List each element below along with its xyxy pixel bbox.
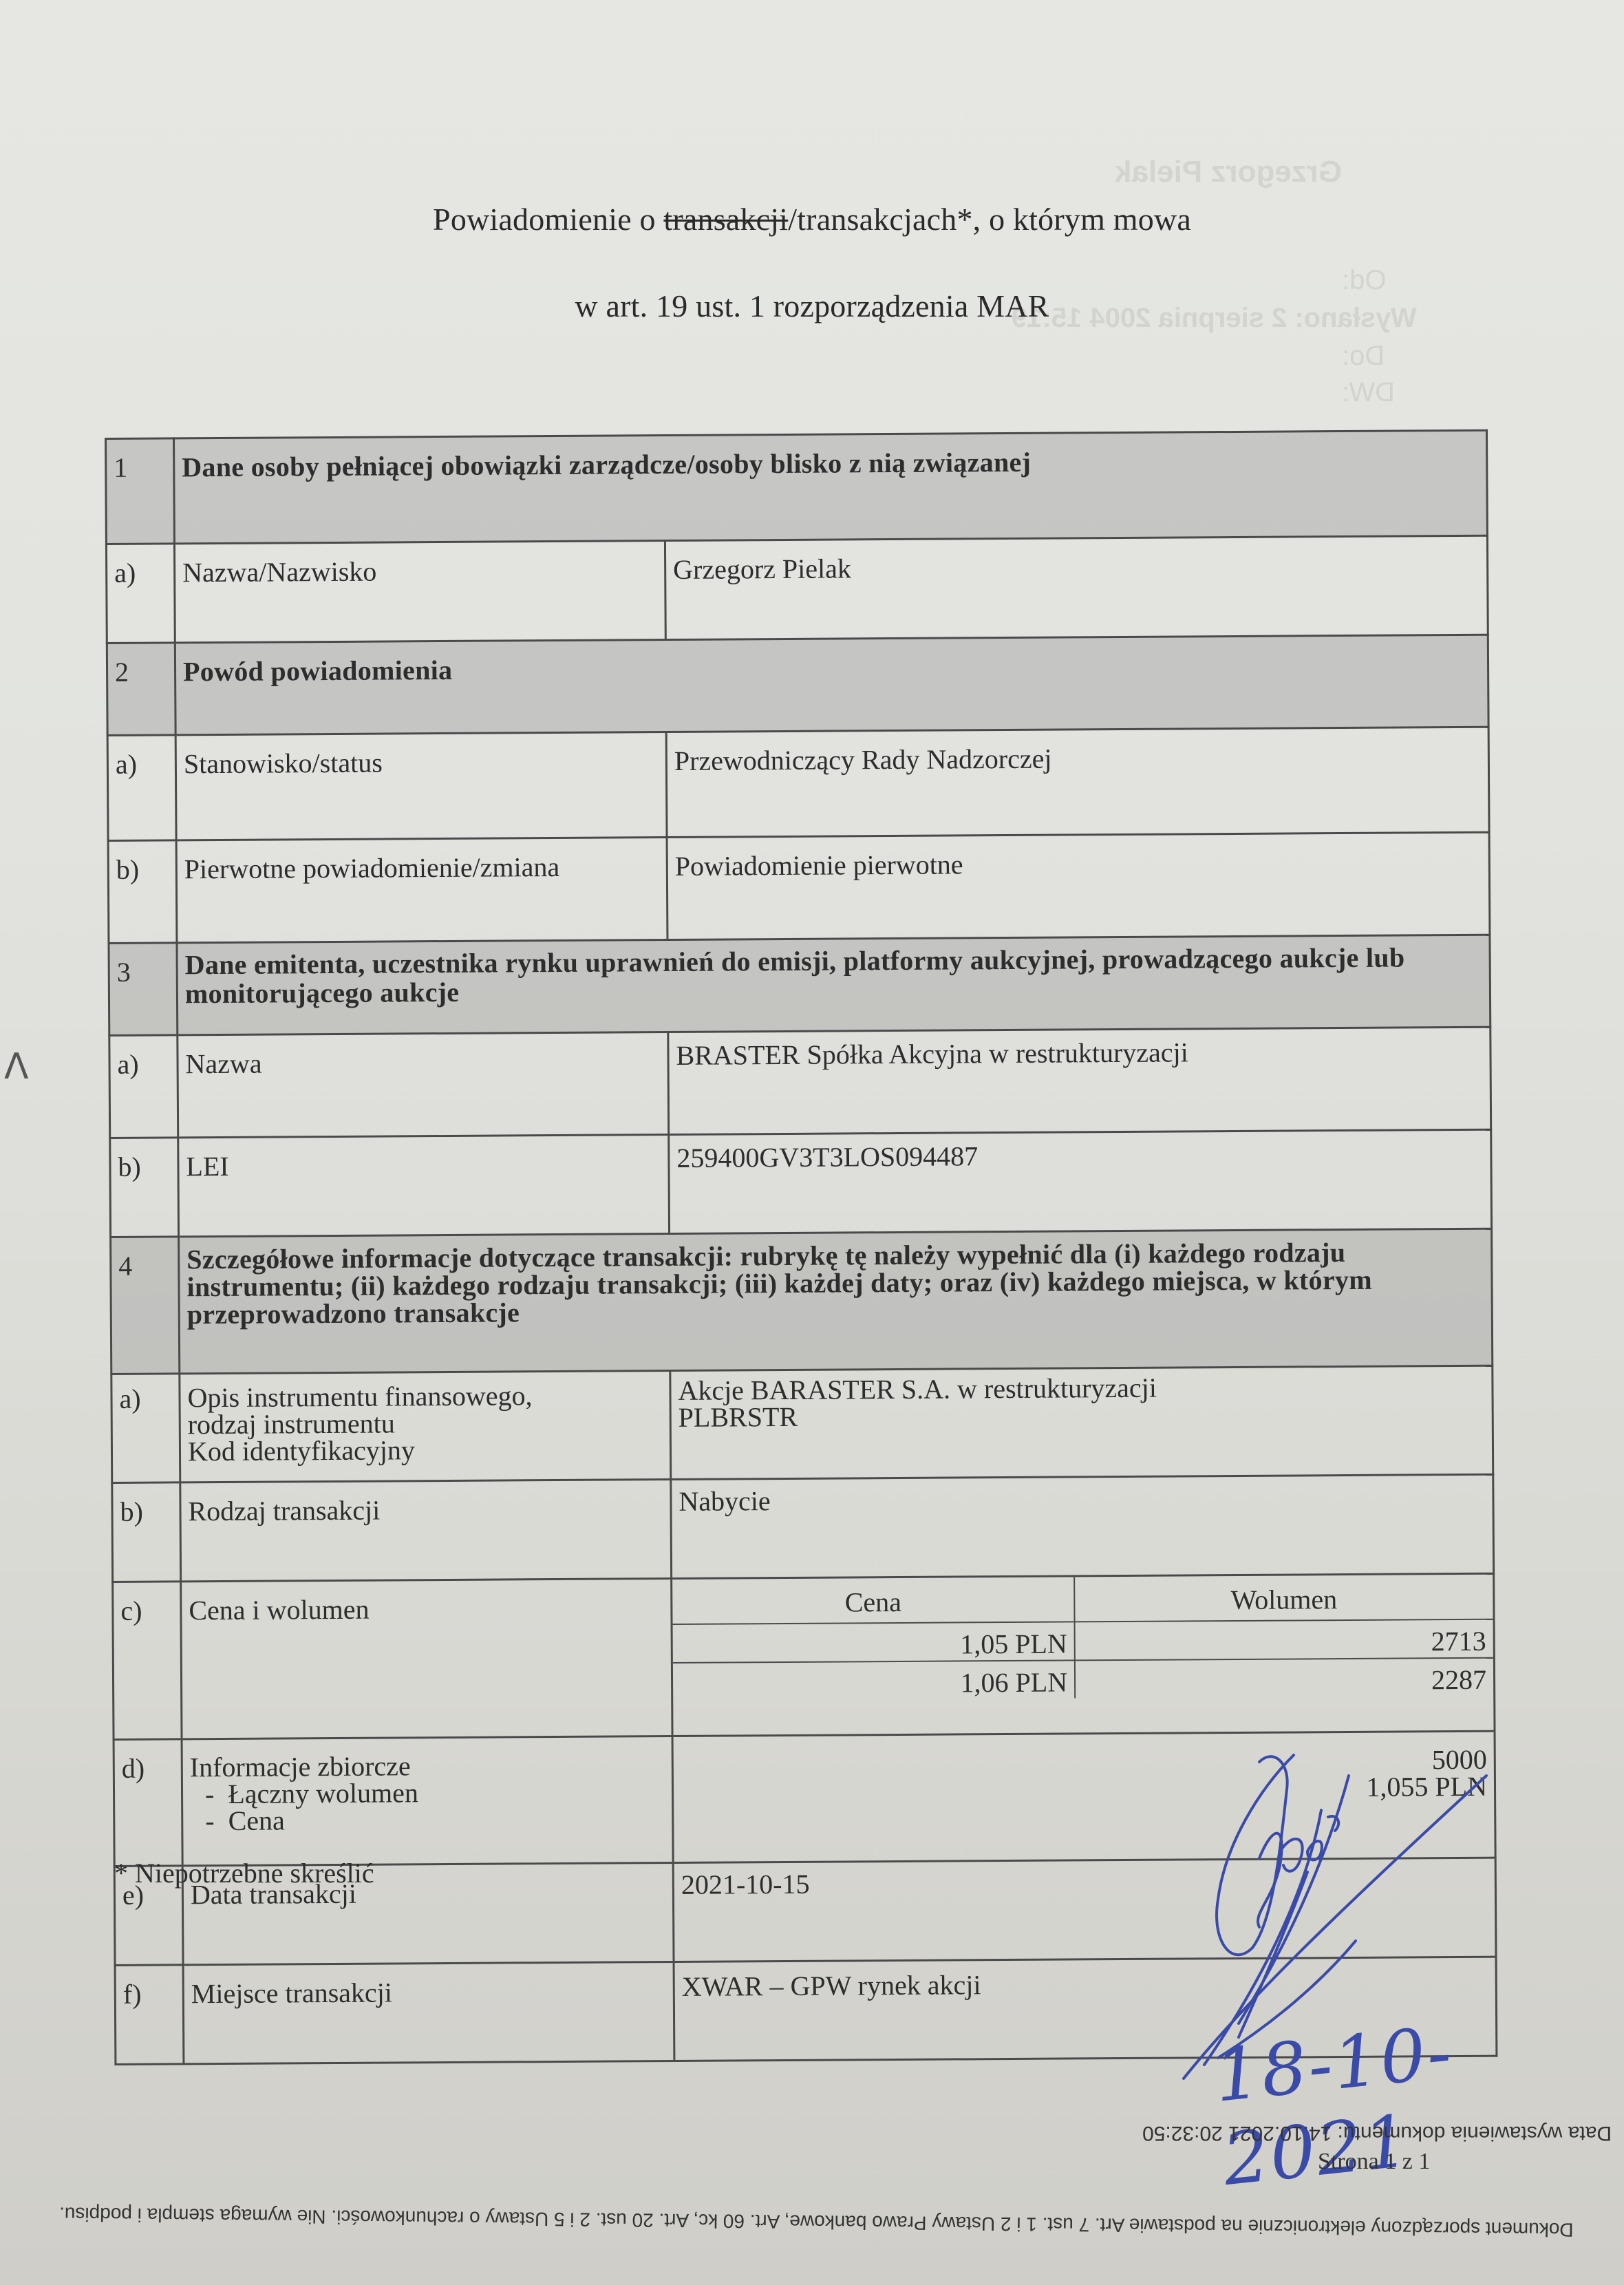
section-header: 2 Powód powiadomienia — [107, 635, 1488, 735]
row-key: c) — [113, 1582, 182, 1740]
price-value: 1,05 PLN — [673, 1622, 1075, 1663]
row-key: b) — [110, 1138, 179, 1237]
row-label: Cena i wolumen — [181, 1578, 672, 1739]
document-title-line-2: w art. 19 ust. 1 rozporządzenia MAR — [0, 288, 1624, 324]
row-value: Powiadomienie pierwotne — [667, 832, 1490, 939]
form-row: a) Nazwa/Nazwisko Grzegorz Pielak — [106, 535, 1488, 643]
section-header: 1 Dane osoby pełniącej obowiązki zarządc… — [106, 430, 1488, 544]
footnote: * Niepotrzebne skreślić — [114, 1857, 374, 1889]
section-heading: Szczegółowe informacje dotyczące transak… — [179, 1229, 1493, 1374]
form-row: b) LEI 259400GV3T3LOS094487 — [110, 1129, 1492, 1237]
row-key: b) — [112, 1482, 181, 1582]
row-value: 259400GV3T3LOS094487 — [669, 1129, 1492, 1233]
row-key: f) — [115, 1965, 184, 2065]
section-heading: Dane osoby pełniącej obowiązki zarządcze… — [174, 430, 1488, 544]
row-label: Pierwotne powiadomienie/zmiana — [176, 838, 667, 943]
price-header: Cena — [672, 1577, 1074, 1624]
row-label: Miejsce transakcji — [183, 1962, 674, 2063]
section-number: 2 — [107, 643, 175, 736]
legal-note: Dokument sporządzony elektronicznie na p… — [59, 2202, 1574, 2240]
row-value: Nabycie — [671, 1474, 1494, 1578]
row-label: Stanowisko/status — [175, 732, 667, 840]
section-heading: Dane emitenta, uczestnika rynku uprawnie… — [177, 935, 1491, 1035]
row-key: a) — [109, 1035, 178, 1138]
price-volume-cell: Cena Wolumen 1,05 PLN 2713 1,06 PLN 2287 — [672, 1573, 1495, 1736]
row-label: Nazwa — [178, 1032, 669, 1138]
row-key: a) — [106, 544, 175, 644]
bleed-through-line: DW: — [1342, 377, 1395, 408]
price-volume-row: 1,06 PLN 2287 — [673, 1658, 1493, 1701]
row-value: Grzegorz Pielak — [665, 535, 1488, 639]
row-label-multiline: Opis instrumentu finansowego, rodzaj ins… — [180, 1371, 671, 1482]
document-issued-timestamp: Data wystawienia dokumentu: 14.10.2021 2… — [1142, 2121, 1612, 2145]
bleed-through-sender: Grzegorz Pielak — [1115, 155, 1342, 189]
volume-value: 2713 — [1075, 1619, 1493, 1661]
row-label-aggregate: Informacje zbiorcze - Łączny wolumen - C… — [182, 1736, 673, 1865]
price-volume-header: Cena Wolumen — [672, 1575, 1493, 1624]
margin-mark: Λ — [4, 1046, 29, 1087]
row-value-multiline: Akcje BARASTER S.A. w restrukturyzacji P… — [670, 1365, 1493, 1479]
price-value: 1,06 PLN — [673, 1660, 1075, 1701]
section-header: 3 Dane emitenta, uczestnika rynku uprawn… — [109, 935, 1491, 1035]
form-row: a) Nazwa BRASTER Spółka Akcyjna w restru… — [109, 1027, 1491, 1138]
form-row: a) Opis instrumentu finansowego, rodzaj … — [111, 1365, 1493, 1482]
price-volume-row: 1,05 PLN 2713 — [673, 1619, 1493, 1663]
document-title-line-1: Powiadomienie o transakcji/transakcjach*… — [0, 201, 1624, 237]
page-number: Strona 1 z 1 — [1318, 2149, 1430, 2175]
row-key: d) — [114, 1739, 182, 1867]
row-value: BRASTER Spółka Akcyjna w restrukturyzacj… — [668, 1027, 1491, 1134]
price-volume-table: Cena Wolumen 1,05 PLN 2713 1,06 PLN 2287 — [672, 1575, 1493, 1701]
row-label: Nazwa/Nazwisko — [174, 541, 665, 643]
form-row: c) Cena i wolumen Cena Wolumen 1,05 PLN … — [113, 1573, 1495, 1739]
section-heading: Powód powiadomienia — [175, 635, 1488, 735]
bleed-through-line: Do: — [1342, 341, 1385, 372]
row-value: Przewodniczący Rady Nadzorczej — [666, 727, 1489, 837]
row-label: Rodzaj transakcji — [180, 1480, 672, 1582]
volume-value: 2287 — [1075, 1658, 1493, 1699]
section-number: 1 — [106, 438, 175, 544]
row-key: b) — [108, 840, 177, 944]
section-number: 4 — [111, 1237, 180, 1374]
form-row: a) Stanowisko/status Przewodniczący Rady… — [107, 727, 1489, 840]
form-row: b) Pierwotne powiadomienie/zmiana Powiad… — [108, 832, 1490, 943]
row-key: a) — [107, 735, 176, 841]
section-number: 3 — [109, 943, 178, 1036]
row-key: a) — [111, 1374, 180, 1483]
form-row: b) Rodzaj transakcji Nabycie — [112, 1474, 1494, 1582]
volume-header: Wolumen — [1074, 1575, 1493, 1622]
struck-word: transakcji — [663, 202, 788, 237]
row-label: LEI — [178, 1135, 670, 1237]
section-header: 4 Szczegółowe informacje dotyczące trans… — [111, 1229, 1493, 1374]
